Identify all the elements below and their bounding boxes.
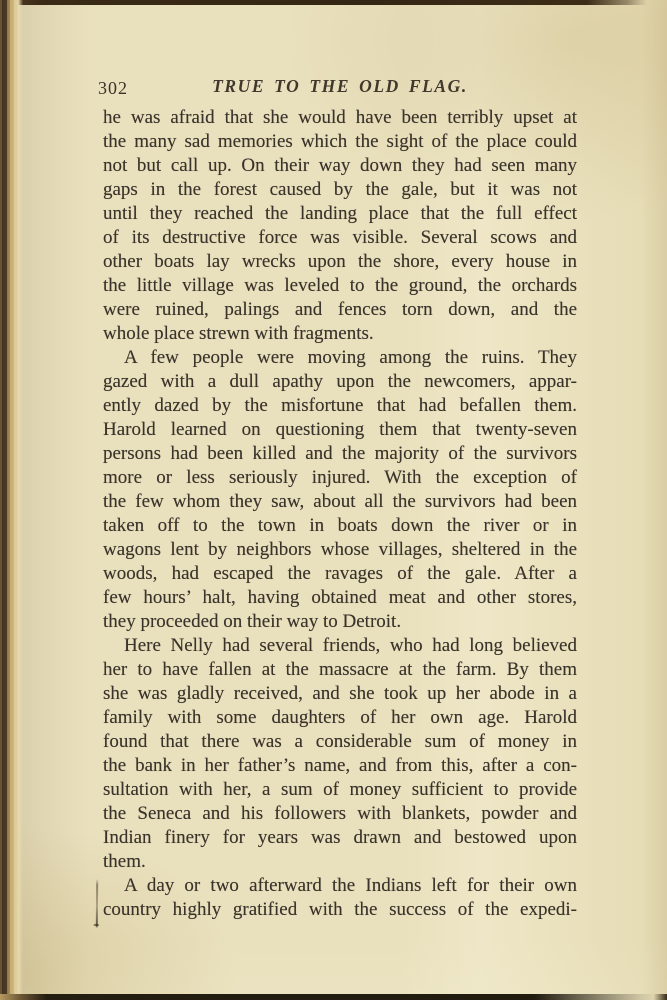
text-line: he was afraid that she would have been t…: [103, 106, 577, 130]
text-line: woods, had escaped the ravages of the ga…: [103, 562, 577, 586]
pencil-margin-mark: [96, 879, 98, 928]
text-line: the few whom they saw, about all the sur…: [103, 490, 577, 514]
text-line: they proceeded on their way to Detroit.: [103, 610, 577, 634]
text-line: Harold learned on questioning them that …: [103, 418, 577, 442]
text-line: of its destructive force was visible. Se…: [103, 226, 577, 250]
text-line: were ruined, palings and fences torn dow…: [103, 298, 577, 322]
text-line: family with some daughters of her own ag…: [103, 706, 577, 730]
text-line: her to have fallen at the massacre at th…: [103, 658, 577, 682]
text-line: found that there was a considerable sum …: [103, 730, 577, 754]
text-line: more or less seriously injured. With the…: [103, 466, 577, 490]
text-line: taken off to the town in boats down the …: [103, 514, 577, 538]
text-line: the bank in her father’s name, and from …: [103, 754, 577, 778]
body-text: he was afraid that she would have been t…: [103, 106, 577, 922]
text-line: ently dazed by the misfortune that had b…: [103, 394, 577, 418]
text-line: until they reached the landing place tha…: [103, 202, 577, 226]
text-line: other boats lay wrecks upon the shore, e…: [103, 250, 577, 274]
text-line: persons had been killed and the majority…: [103, 442, 577, 466]
text-line: them.: [103, 850, 577, 874]
text-line: A day or two afterward the Indians left …: [103, 874, 577, 898]
text-line: wagons lent by neighbors whose villages,…: [103, 538, 577, 562]
text-line: gaps in the forest caused by the gale, b…: [103, 178, 577, 202]
text-line: Indian finery for years was drawn and be…: [103, 826, 577, 850]
running-title: TRUE TO THE OLD FLAG.: [103, 76, 577, 97]
text-line: the many sad memories which the sight of…: [103, 130, 577, 154]
text-line: A few people were moving among the ruins…: [103, 346, 577, 370]
page-body: 302 TRUE TO THE OLD FLAG. he was afraid …: [103, 0, 577, 1000]
scanned-book-page: 302 TRUE TO THE OLD FLAG. he was afraid …: [0, 0, 667, 1000]
text-line: Here Nelly had several friends, who had …: [103, 634, 577, 658]
text-line: few hours’ halt, having obtained meat an…: [103, 586, 577, 610]
text-line: country highly gratified with the succes…: [103, 898, 577, 922]
text-line: she was gladly received, and she took up…: [103, 682, 577, 706]
text-line: not but call up. On their way down they …: [103, 154, 577, 178]
page-header: 302 TRUE TO THE OLD FLAG.: [103, 76, 577, 100]
text-line: the little village was leveled to the gr…: [103, 274, 577, 298]
text-line: gazed with a dull apathy upon the newcom…: [103, 370, 577, 394]
book-spine-left-edge: [0, 0, 23, 1000]
text-line: sultation with her, a sum of money suffi…: [103, 778, 577, 802]
text-line: whole place strewn with fragments.: [103, 322, 577, 346]
text-line: the Seneca and his followers with blanke…: [103, 802, 577, 826]
